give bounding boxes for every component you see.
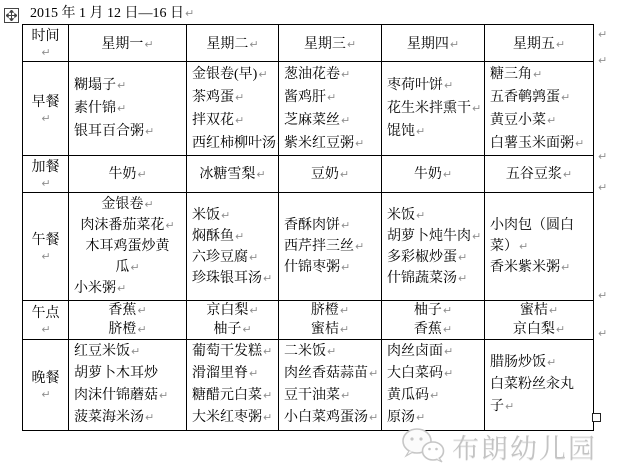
menu-item-line: 大白菜码↵ — [387, 363, 479, 385]
menu-item-text: 脐橙 — [108, 322, 136, 337]
paragraph-mark: ↵ — [416, 209, 425, 222]
table-row: 加餐↵牛奶↵冰糖雪梨↵豆奶↵牛奶↵五谷豆浆↵ — [23, 156, 594, 193]
menu-item-text: 子 — [490, 399, 504, 414]
menu-item-line: 什锦蔬菜汤↵ — [387, 268, 479, 289]
paragraph-mark: ↵ — [145, 411, 154, 424]
menu-item-text: 米饭 — [192, 208, 220, 223]
menu-item-line: 柚子↵ — [387, 301, 479, 320]
paragraph-mark: ↵ — [131, 345, 140, 358]
paragraph-mark: ↵ — [556, 323, 565, 336]
menu-item-text: 二米饭 — [284, 344, 326, 359]
menu-item-line: 花生米拌熏干↵ — [387, 97, 479, 120]
menu-item-text: 瓜 — [115, 260, 129, 275]
header-cell-day-1-text: 星期一 — [101, 37, 143, 52]
menu-item-line: 六珍豆腐↵ — [192, 247, 273, 268]
menu-item-line: 肉丝香菇蒜苗↵ — [284, 363, 376, 385]
menu-cell[interactable]: 豆奶↵ — [279, 156, 382, 193]
paragraph-mark: ↵ — [117, 282, 126, 295]
row-label[interactable]: 午餐↵ — [23, 193, 69, 301]
paragraph-mark: ↵ — [145, 125, 154, 138]
row-label-text: 午餐 — [32, 233, 60, 248]
paragraph-mark: ↵ — [130, 261, 139, 274]
menu-item-text: 柚子 — [213, 322, 241, 337]
table-row: 晚餐↵红豆米饭↵胡萝卜木耳炒肉沫什锦蘑菇↵菠菜海米汤↵葡萄干发糕↵滑溜里脊↵糖醋… — [23, 340, 594, 431]
menu-item-line: 香蕉↵ — [74, 301, 181, 320]
menu-item-line: 珍珠银耳汤↵ — [192, 268, 273, 289]
paragraph-mark: ↵ — [263, 272, 272, 285]
menu-item-line: 牛奶↵ — [74, 163, 181, 186]
row-label-text: 早餐 — [32, 95, 60, 110]
menu-item-line: 冰糖雪梨↵ — [192, 163, 273, 186]
paragraph-mark: ↵ — [165, 219, 174, 232]
menu-item-text: 糊塌子 — [74, 78, 116, 93]
table-row: 午点↵香蕉↵脐橙↵京白梨↵柚子↵脐橙↵蜜桔↵柚子↵香蕉↵蜜桔↵京白梨↵ — [23, 301, 594, 340]
menu-item-line: 金银卷(早)↵ — [192, 63, 273, 86]
menu-item-text: 六珍豆腐 — [192, 250, 248, 265]
menu-item-line: 小米粥↵ — [74, 278, 181, 299]
menu-item-text: 芝麻菜丝 — [284, 113, 340, 128]
paragraph-mark: ↵ — [450, 38, 459, 51]
menu-item-text: 香酥肉饼 — [284, 218, 340, 233]
menu-item-line: 蜜桔↵ — [284, 320, 376, 339]
paragraph-mark: ↵ — [547, 356, 556, 369]
menu-item-text: 胡萝卜炖牛肉 — [387, 229, 471, 244]
paragraph-mark: ↵ — [444, 367, 453, 380]
menu-item-text: 大米红枣粥 — [192, 410, 262, 425]
menu-item-text: 红豆米饭 — [74, 344, 130, 359]
doc-title-text: 2015 年 1 月 12 日—16 日 — [30, 6, 184, 21]
menu-cell[interactable]: 枣荷叶饼↵花生米拌熏干↵馄饨↵ — [382, 62, 485, 156]
menu-item-line: 紫米红豆粥↵ — [284, 132, 376, 155]
menu-cell[interactable]: 米饭↵胡萝卜炖牛肉↵多彩椒炒蛋↵什锦蔬菜汤↵ — [382, 193, 485, 301]
paragraph-mark: ↵ — [347, 38, 356, 51]
menu-cell[interactable]: 葡萄干发糕↵滑溜里脊↵糖醋元白菜↵大米红枣粥↵ — [187, 340, 279, 431]
header-cell-day-2-text: 星期二 — [206, 37, 248, 52]
menu-item-text: 香米紫米粥 — [490, 260, 560, 275]
menu-item-line: 木耳鸡蛋炒黄 — [74, 236, 181, 257]
menu-item-text: 五香鹌鹑蛋 — [490, 90, 560, 105]
header-cell-day-5-text: 星期五 — [513, 37, 555, 52]
menu-item-line: 米饭↵ — [192, 205, 273, 226]
menu-cell[interactable]: 脐橙↵蜜桔↵ — [279, 301, 382, 340]
paragraph-mark: ↵ — [369, 411, 378, 424]
menu-item-line: 京白梨↵ — [192, 301, 273, 320]
menu-item-line: 米饭↵ — [387, 205, 479, 226]
row-end-mark: ↵ — [598, 54, 607, 67]
menu-item-text: 脐橙 — [311, 303, 339, 318]
header-cell-time[interactable]: 时间↵ — [23, 25, 69, 62]
row-end-mark: ↵ — [598, 289, 607, 302]
paragraph-mark: ↵ — [144, 198, 153, 211]
doc-title[interactable]: 2015 年 1 月 12 日—16 日↵ — [30, 2, 194, 22]
menu-item-line: 胡萝卜炖牛肉↵ — [387, 226, 479, 247]
paragraph-mark: ↵ — [458, 272, 467, 285]
menu-item-line: 香米紫米粥↵ — [490, 257, 588, 278]
paragraph-mark: ↵ — [41, 46, 50, 59]
menu-item-text: 肉沫什锦蘑菇 — [74, 388, 158, 403]
menu-cell[interactable]: 肉丝卤面↵大白菜码↵黄瓜码↵原汤↵ — [382, 340, 485, 431]
menu-item-text: 黄豆小菜 — [490, 113, 546, 128]
paragraph-mark: ↵ — [41, 323, 50, 336]
menu-item-line: 五谷豆浆↵ — [490, 163, 588, 186]
menu-item-text: 葱油花卷 — [284, 67, 340, 82]
table-row: 早餐↵糊塌子↵素什锦↵银耳百合粥↵金银卷(早)↵茶鸡蛋↵拌双花↵西红柿柳叶汤↵葱… — [23, 62, 594, 156]
menu-item-text: 小肉包（圆白 — [490, 218, 574, 233]
paragraph-mark: ↵ — [263, 389, 272, 402]
paragraph-mark: ↵ — [355, 240, 364, 253]
paragraph-mark: ↵ — [458, 251, 467, 264]
menu-item-line: 二米饭↵ — [284, 341, 376, 363]
menu-item-text: 金银卷 — [101, 197, 143, 212]
table-header-row: 时间↵星期一↵星期二↵星期三↵星期四↵星期五↵ — [23, 25, 594, 62]
menu-cell[interactable]: 糊塌子↵素什锦↵银耳百合粥↵ — [69, 62, 187, 156]
paragraph-mark: ↵ — [472, 102, 481, 115]
paragraph-mark: ↵ — [444, 79, 453, 92]
paragraph-mark: ↵ — [256, 168, 265, 181]
menu-cell[interactable]: 五谷豆浆↵ — [485, 156, 594, 193]
menu-item-text: 小米粥 — [74, 281, 116, 296]
menu-item-line: 酱鸡肝↵ — [284, 86, 376, 109]
menu-item-text: 小白菜鸡蛋汤 — [284, 410, 368, 425]
paragraph-mark: ↵ — [235, 114, 244, 127]
menu-cell[interactable]: 香酥肉饼↵西芹拌三丝↵什锦枣粥↵ — [279, 193, 382, 301]
menu-item-text: 胡萝卜木耳炒 — [74, 366, 158, 381]
menu-item-line: 什锦枣粥↵ — [284, 257, 376, 278]
menu-item-line: 滑溜里脊↵ — [192, 363, 273, 385]
menu-item-line: 菠菜海米汤↵ — [74, 407, 181, 429]
table-row: 午餐↵金银卷↵肉沫番茄菜花↵木耳鸡蛋炒黄瓜↵小米粥↵米饭↵焖酥鱼↵六珍豆腐↵珍珠… — [23, 193, 594, 301]
menu-item-text: 京白梨 — [513, 322, 555, 337]
menu-item-line: 肉沫番茄菜花↵ — [74, 215, 181, 236]
paragraph-mark: ↵ — [117, 102, 126, 115]
paragraph-mark: ↵ — [249, 251, 258, 264]
paragraph-mark: ↵ — [416, 125, 425, 138]
menu-item-line: 子↵ — [490, 396, 588, 418]
paragraph-mark: ↵ — [519, 240, 528, 253]
menu-item-text: 酱鸡肝 — [284, 90, 326, 105]
menu-cell[interactable]: 糖三角↵五香鹌鹑蛋↵黄豆小菜↵白薯玉米面粥↵ — [485, 62, 594, 156]
watermark: 布朗幼儿园 — [400, 424, 597, 468]
menu-item-text: 白菜粉丝汆丸 — [490, 377, 574, 392]
paragraph-mark: ↵ — [369, 367, 378, 380]
menu-item-text: 滑溜里脊 — [192, 366, 248, 381]
wechat-bubbles-logo-icon — [400, 426, 446, 466]
menu-item-text: 腊肠炒饭 — [490, 355, 546, 370]
menu-item-line: 大米红枣粥↵ — [192, 407, 273, 429]
menu-item-text: 原汤 — [387, 410, 415, 425]
menu-item-text: 菠菜海米汤 — [74, 410, 144, 425]
menu-item-line: 拌双花↵ — [192, 109, 273, 132]
menu-item-text: 香蕉 — [414, 322, 442, 337]
menu-item-line: 馄饨↵ — [387, 120, 479, 143]
menu-item-line: 枣荷叶饼↵ — [387, 74, 479, 97]
menu-item-line: 菜）↵ — [490, 236, 588, 257]
menu-cell[interactable]: 香蕉↵脐橙↵ — [69, 301, 187, 340]
menu-item-text: 西芹拌三丝 — [284, 239, 354, 254]
menu-item-line: 小白菜鸡蛋汤↵ — [284, 407, 376, 429]
menu-item-text: 香蕉 — [108, 303, 136, 318]
paragraph-mark: ↵ — [416, 411, 425, 424]
menu-cell[interactable]: 葱油花卷↵酱鸡肝↵芝麻菜丝↵紫米红豆粥↵ — [279, 62, 382, 156]
menu-cell[interactable]: 柚子↵香蕉↵ — [382, 301, 485, 340]
menu-item-line: 胡萝卜木耳炒 — [74, 363, 181, 385]
paragraph-mark: ↵ — [159, 389, 168, 402]
menu-item-text: 枣荷叶饼 — [387, 78, 443, 93]
menu-item-text: 多彩椒炒蛋 — [387, 250, 457, 265]
paragraph-mark: ↵ — [327, 91, 336, 104]
header-cell-day-4-text: 星期四 — [407, 37, 449, 52]
paragraph-mark: ↵ — [561, 261, 570, 274]
row-label[interactable]: 早餐↵ — [23, 62, 69, 156]
row-label[interactable]: 晚餐↵ — [23, 340, 69, 431]
menu-item-text: 豆干油菜 — [284, 388, 340, 403]
paragraph-mark: ↵ — [549, 304, 558, 317]
paragraph-mark: ↵ — [341, 219, 350, 232]
header-cell-time-text: 时间 — [32, 29, 60, 44]
menu-item-text: 蜜桔 — [520, 303, 548, 318]
paragraph-mark: ↵ — [561, 91, 570, 104]
menu-item-text: 西红柿柳叶汤 — [192, 136, 276, 151]
menu-item-line: 葱油花卷↵ — [284, 63, 376, 86]
menu-item-text: 牛奶 — [108, 167, 136, 182]
header-cell-day-5[interactable]: 星期五↵ — [485, 25, 594, 62]
menu-item-line: 西芹拌三丝↵ — [284, 236, 376, 257]
menu-item-text: 银耳百合粥 — [74, 124, 144, 139]
paragraph-mark: ↵ — [235, 91, 244, 104]
row-end-mark: ↵ — [598, 28, 607, 41]
menu-cell[interactable]: 腊肠炒饭↵白菜粉丝汆丸子↵ — [485, 340, 594, 431]
document-page: 2015 年 1 月 12 日—16 日↵ 时间↵星期一↵星期二↵星期三↵星期四… — [0, 0, 617, 472]
menu-item-text: 紫米红豆粥 — [284, 136, 354, 151]
menu-item-line: 肉丝卤面↵ — [387, 341, 479, 363]
paragraph-mark: ↵ — [533, 68, 542, 81]
menu-cell[interactable]: 蜜桔↵京白梨↵ — [485, 301, 594, 340]
menu-item-text: 大白菜码 — [387, 366, 443, 381]
menu-item-text: 黄瓜码 — [387, 388, 429, 403]
paragraph-mark: ↵ — [443, 323, 452, 336]
paragraph-mark: ↵ — [547, 114, 556, 127]
paragraph-mark: ↵ — [41, 177, 50, 190]
paragraph-mark: ↵ — [235, 230, 244, 243]
menu-item-line: 白薯玉米面粥↵ — [490, 132, 588, 155]
menu-item-line: 多彩椒炒蛋↵ — [387, 247, 479, 268]
paragraph-mark: ↵ — [443, 304, 452, 317]
paragraph-mark: ↵ — [327, 345, 336, 358]
menu-cell[interactable]: 冰糖雪梨↵ — [187, 156, 279, 193]
row-label[interactable]: 午点↵ — [23, 301, 69, 340]
paragraph-mark: ↵ — [41, 250, 50, 263]
menu-item-line: 西红柿柳叶汤↵ — [192, 132, 273, 155]
menu-item-line: 小肉包（圆白 — [490, 215, 588, 236]
menu-item-text: 米饭 — [387, 208, 415, 223]
menu-cell[interactable]: 小肉包（圆白菜）↵香米紫米粥↵ — [485, 193, 594, 301]
menu-item-text: 蜜桔 — [311, 322, 339, 337]
menu-item-text: 花生米拌熏干 — [387, 101, 471, 116]
menu-item-line: 肉沫什锦蘑菇↵ — [74, 385, 181, 407]
paragraph-mark: ↵ — [563, 168, 572, 181]
row-label-text: 加餐 — [32, 160, 60, 175]
menu-item-text: 豆奶 — [311, 167, 339, 182]
header-cell-day-4[interactable]: 星期四↵ — [382, 25, 485, 62]
paragraph-mark: ↵ — [430, 389, 439, 402]
paragraph-mark: ↵ — [556, 38, 565, 51]
menu-cell[interactable]: 二米饭↵肉丝香菇蒜苗↵豆干油菜↵小白菜鸡蛋汤↵ — [279, 340, 382, 431]
paragraph-mark: ↵ — [41, 112, 50, 125]
menu-item-text: 素什锦 — [74, 101, 116, 116]
menu-item-text: 木耳鸡蛋炒黄 — [86, 239, 170, 254]
table-resize-handle[interactable] — [592, 413, 601, 422]
menu-item-line: 豆干油菜↵ — [284, 385, 376, 407]
paragraph-mark: ↵ — [472, 230, 481, 243]
menu-item-line: 黄瓜码↵ — [387, 385, 479, 407]
header-cell-day-3[interactable]: 星期三↵ — [279, 25, 382, 62]
paragraph-mark: ↵ — [258, 68, 267, 81]
menu-cell[interactable]: 金银卷↵肉沫番茄菜花↵木耳鸡蛋炒黄瓜↵小米粥↵ — [69, 193, 187, 301]
row-end-mark: ↵ — [598, 327, 607, 340]
menu-item-text: 五谷豆浆 — [506, 167, 562, 182]
menu-item-text: 白薯玉米面粥 — [490, 136, 574, 151]
paragraph-mark: ↵ — [263, 411, 272, 424]
paragraph-mark: ↵ — [355, 137, 364, 150]
menu-item-line: 糖三角↵ — [490, 63, 588, 86]
menu-item-text: 馄饨 — [387, 124, 415, 139]
paragraph-mark: ↵ — [340, 304, 349, 317]
paragraph-mark: ↵ — [249, 367, 258, 380]
paragraph-mark: ↵ — [341, 261, 350, 274]
paragraph-mark: ↵ — [341, 114, 350, 127]
menu-item-text: 糖三角 — [490, 67, 532, 82]
paragraph-mark: ↵ — [444, 345, 453, 358]
menu-item-line: 京白梨↵ — [490, 320, 588, 339]
row-end-mark: ↵ — [598, 181, 607, 194]
menu-item-text: 京白梨 — [206, 303, 248, 318]
menu-item-text: 冰糖雪梨 — [199, 167, 255, 182]
paragraph-mark: ↵ — [41, 388, 50, 401]
row-end-mark: ↵ — [598, 150, 607, 163]
paragraph-mark: ↵ — [144, 38, 153, 51]
menu-cell[interactable]: 牛奶↵ — [69, 156, 187, 193]
header-cell-day-1[interactable]: 星期一↵ — [69, 25, 187, 62]
menu-item-text: 肉丝卤面 — [387, 344, 443, 359]
menu-item-line: 柚子↵ — [192, 320, 273, 339]
menu-item-line: 蜜桔↵ — [490, 301, 588, 320]
paragraph-mark: ↵ — [249, 38, 258, 51]
menu-item-text: 菜） — [490, 239, 518, 254]
menu-item-text: 金银卷(早) — [192, 67, 257, 82]
paragraph-mark: ↵ — [117, 79, 126, 92]
four-way-arrow-icon — [6, 10, 17, 21]
menu-item-text: 葡萄干发糕 — [192, 344, 262, 359]
menu-item-line: 金银卷↵ — [74, 194, 181, 215]
paragraph-mark: ↵ — [185, 7, 194, 20]
row-label-text: 晚餐 — [32, 371, 60, 386]
paragraph-mark: ↵ — [443, 168, 452, 181]
row-label[interactable]: 加餐↵ — [23, 156, 69, 193]
paragraph-mark: ↵ — [505, 400, 514, 413]
menu-item-line: 银耳百合粥↵ — [74, 120, 181, 143]
menu-item-text: 肉丝香菇蒜苗 — [284, 366, 368, 381]
paragraph-mark: ↵ — [137, 323, 146, 336]
menu-item-text: 牛奶 — [414, 167, 442, 182]
menu-item-line: 葡萄干发糕↵ — [192, 341, 273, 363]
menu-item-line: 香蕉↵ — [387, 320, 479, 339]
paragraph-mark: ↵ — [341, 68, 350, 81]
menu-item-line: 豆奶↵ — [284, 163, 376, 186]
menu-item-text: 拌双花 — [192, 113, 234, 128]
paragraph-mark: ↵ — [242, 323, 251, 336]
paragraph-mark: ↵ — [263, 345, 272, 358]
menu-item-line: 焖酥鱼↵ — [192, 226, 273, 247]
menu-item-line: 五香鹌鹑蛋↵ — [490, 86, 588, 109]
paragraph-mark: ↵ — [340, 168, 349, 181]
menu-cell[interactable]: 金银卷(早)↵茶鸡蛋↵拌双花↵西红柿柳叶汤↵ — [187, 62, 279, 156]
menu-item-line: 糊塌子↵ — [74, 74, 181, 97]
menu-item-line: 牛奶↵ — [387, 163, 479, 186]
menu-item-line: 脐橙↵ — [74, 320, 181, 339]
menu-item-text: 茶鸡蛋 — [192, 90, 234, 105]
menu-item-text: 珍珠银耳汤 — [192, 271, 262, 286]
menu-cell[interactable]: 京白梨↵柚子↵ — [187, 301, 279, 340]
menu-item-line: 白菜粉丝汆丸 — [490, 374, 588, 396]
menu-item-text: 肉沫番茄菜花 — [80, 218, 164, 233]
menu-item-text: 糖醋元白菜 — [192, 388, 262, 403]
menu-item-text: 柚子 — [414, 303, 442, 318]
watermark-brand-text: 布朗幼儿园 — [452, 427, 597, 466]
menu-cell[interactable]: 米饭↵焖酥鱼↵六珍豆腐↵珍珠银耳汤↵ — [187, 193, 279, 301]
header-cell-day-3-text: 星期三 — [304, 37, 346, 52]
menu-item-text: 什锦枣粥 — [284, 260, 340, 275]
menu-item-text: 焖酥鱼 — [192, 229, 234, 244]
menu-item-line: 瓜↵ — [74, 257, 181, 278]
menu-item-line: 糖醋元白菜↵ — [192, 385, 273, 407]
menu-cell[interactable]: 红豆米饭↵胡萝卜木耳炒肉沫什锦蘑菇↵菠菜海米汤↵ — [69, 340, 187, 431]
menu-item-text: 什锦蔬菜汤 — [387, 271, 457, 286]
paragraph-mark: ↵ — [341, 389, 350, 402]
paragraph-mark: ↵ — [249, 304, 258, 317]
menu-item-line: 茶鸡蛋↵ — [192, 86, 273, 109]
paragraph-mark: ↵ — [340, 323, 349, 336]
header-cell-day-2[interactable]: 星期二↵ — [187, 25, 279, 62]
menu-item-line: 腊肠炒饭↵ — [490, 352, 588, 374]
menu-item-line: 黄豆小菜↵ — [490, 109, 588, 132]
menu-item-line: 芝麻菜丝↵ — [284, 109, 376, 132]
paragraph-mark: ↵ — [221, 209, 230, 222]
paragraph-mark: ↵ — [137, 304, 146, 317]
menu-item-line: 香酥肉饼↵ — [284, 215, 376, 236]
menu-table: 时间↵星期一↵星期二↵星期三↵星期四↵星期五↵早餐↵糊塌子↵素什锦↵银耳百合粥↵… — [22, 24, 594, 431]
paragraph-mark: ↵ — [137, 168, 146, 181]
menu-item-line: 素什锦↵ — [74, 97, 181, 120]
row-label-text: 午点 — [32, 306, 60, 321]
table-move-handle-icon[interactable] — [4, 8, 19, 23]
menu-item-line: 红豆米饭↵ — [74, 341, 181, 363]
menu-item-line: 脐橙↵ — [284, 301, 376, 320]
paragraph-mark: ↵ — [575, 137, 584, 150]
menu-cell[interactable]: 牛奶↵ — [382, 156, 485, 193]
